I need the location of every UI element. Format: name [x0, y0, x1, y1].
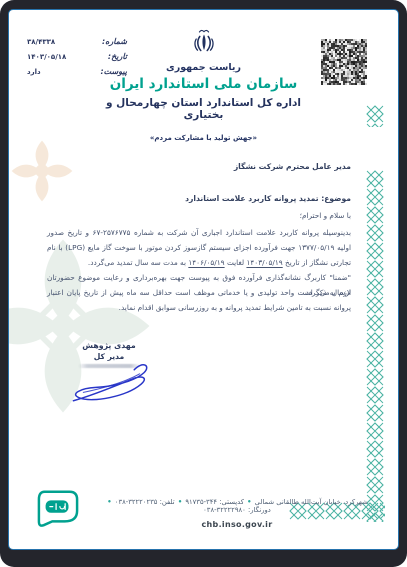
para1-text-4: لغایت [227, 258, 244, 267]
qr-code [321, 39, 367, 85]
website-url: chb.inso.gov.ir [104, 520, 370, 529]
date-value: ۱۴۰۳/۰۵/۱۸ [27, 53, 66, 61]
phone-label: تلفن: [160, 498, 175, 506]
license-number: ۶۷-۲۵۷۶۷۷۵ [93, 225, 131, 240]
handwritten-signature [56, 359, 162, 410]
border-ornament-diamond [366, 105, 384, 127]
address-street: شهرکرد، خیابان آیت‌الله طالقانی شمالی [255, 498, 368, 506]
para1-text-1: بدینوسیله پروانه کاربرد علامت استاندارد … [134, 228, 351, 237]
address-line: شهرکرد، خیابان آیت‌الله طالقانی شمالی • … [104, 498, 370, 514]
bullet-separator: • [246, 498, 252, 506]
office-name: اداره کل استاندارد استان چهارمحال و بختی… [89, 97, 318, 121]
government-title: ریاست جمهوری [89, 62, 318, 73]
bullet-separator: • [177, 498, 183, 506]
organization-name: سازمان ملی استاندارد ایران [89, 76, 318, 92]
phone-number: ۰۳۸-۳۲۲۲۰۲۳۵ [115, 498, 158, 506]
salutation-line: با سلام و احترام؛ [47, 211, 351, 220]
footer: شهرکرد، خیابان آیت‌الله طالقانی شمالی • … [104, 498, 370, 529]
recipient-line: مدیر عامل محترم شرکت نشگاز [47, 162, 351, 171]
body-paragraph-3: لازم به ذکر است واحد تولیدی و یا خدماتی … [47, 285, 351, 315]
postal-code: ۹۱۷۳۵-۳۴۴ [185, 498, 217, 506]
attachment-value: دارد [27, 68, 41, 76]
postal-label: کدپستی: [219, 498, 244, 506]
year-slogan: «جهش تولید با مشارکت مردم» [89, 134, 318, 142]
fax-label: دورنگار: [248, 506, 271, 514]
para1-text-5: به مدت سه سال تمدید می‌گردد. [88, 258, 186, 267]
inso-logo [33, 487, 83, 529]
issue-date: ۱۳۷۷/۰۵/۱۹ [298, 240, 334, 255]
renewal-start-date: ۱۴۰۳/۰۵/۱۹ [246, 255, 282, 270]
signatory-name: مهدی پژوهش [44, 341, 174, 350]
bullet-separator: • [106, 498, 112, 506]
body-paragraph-1: بدینوسیله پروانه کاربرد علامت استاندارد … [47, 225, 351, 270]
number-value: ۳۸/۴۳۳۸ [27, 38, 55, 46]
letterhead: ریاست جمهوری سازمان ملی استاندارد ایران … [89, 26, 318, 121]
fax-number: ۰۳۸-۳۲۲۲۲۹۸۰ [203, 506, 246, 514]
iran-emblem-icon [191, 26, 217, 60]
letter-page: شماره: ۳۸/۴۳۳۸ تاریخ: ۱۴۰۳/۰۵/۱۸ پیوست: … [8, 9, 399, 550]
border-ornament-right [366, 170, 384, 522]
signature-block: مهدی پژوهش مدیر کل [44, 341, 174, 408]
subject-line: موضوع: تمدید پروانه کاربرد علامت استاندا… [47, 194, 351, 203]
renewal-end-date: ۱۴۰۶/۰۵/۱۹ [188, 255, 224, 270]
